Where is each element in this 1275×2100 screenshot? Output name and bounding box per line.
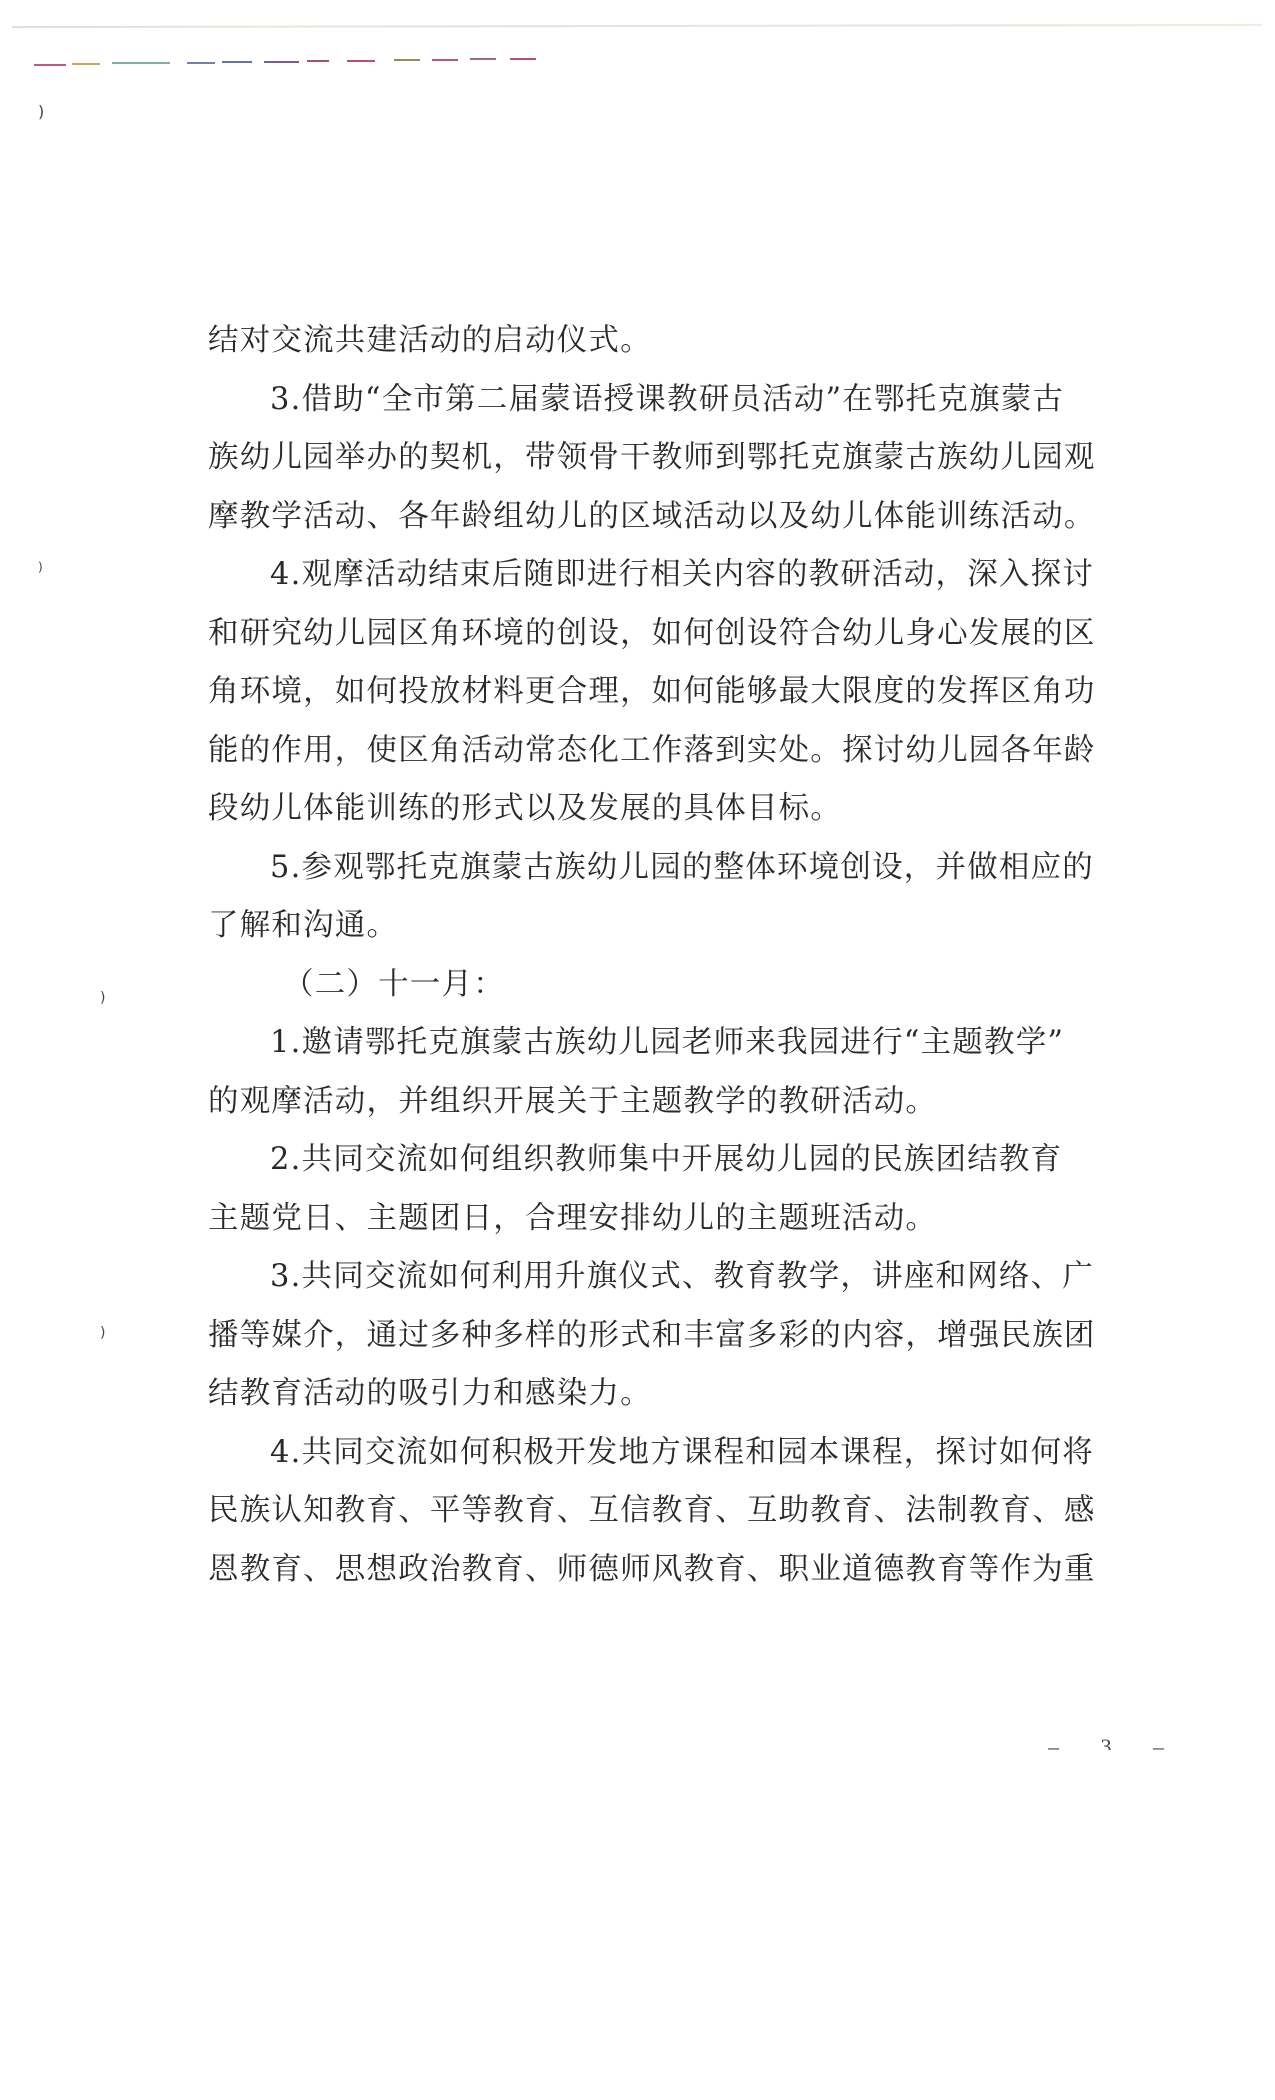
text-line: 2.共同交流如何组织教师集中开展幼儿园的民族团结教育 bbox=[208, 1131, 1143, 1190]
scan-margin-mark: ) bbox=[38, 102, 44, 121]
text-line: 了解和沟通。 bbox=[208, 897, 1143, 956]
document-body: 结对交流共建活动的启动仪式。 3.借助“全市第二届蒙语授课教研员活动”在鄂托克旗… bbox=[208, 312, 1143, 1599]
scan-dash bbox=[112, 62, 170, 64]
text-line: 恩教育、思想政治教育、师德师风教育、职业道德教育等作为重 bbox=[208, 1541, 1143, 1600]
text-line: 4.共同交流如何积极开发地方课程和园本课程，探讨如何将 bbox=[208, 1424, 1143, 1483]
text-line: 角环境，如何投放材料更合理，如何能够最大限度的发挥区角功 bbox=[208, 663, 1143, 722]
scan-dash bbox=[307, 60, 329, 62]
section-heading: （二）十一月： bbox=[208, 956, 1143, 1015]
scan-top-rule bbox=[12, 24, 1262, 28]
scan-dash bbox=[72, 63, 100, 65]
scan-dash bbox=[264, 61, 299, 63]
text-line: 和研究幼儿园区角环境的创设，如何创设符合幼儿身心发展的区 bbox=[208, 605, 1143, 664]
text-line: 4.观摩活动结束后随即进行相关内容的教研活动，深入探讨 bbox=[208, 546, 1143, 605]
scan-margin-mark: ) bbox=[38, 560, 43, 574]
text-line: 民族认知教育、平等教育、互信教育、互助教育、法制教育、感 bbox=[208, 1482, 1143, 1541]
text-line: 结教育活动的吸引力和感染力。 bbox=[208, 1365, 1143, 1424]
scan-dash bbox=[470, 58, 496, 60]
text-line: 族幼儿园举办的契机，带领骨干教师到鄂托克旗蒙古族幼儿园观 bbox=[208, 429, 1143, 488]
scan-dash bbox=[432, 59, 458, 61]
text-line: 3.共同交流如何利用升旗仪式、教育教学，讲座和网络、广 bbox=[208, 1248, 1143, 1307]
scan-dash bbox=[510, 58, 536, 60]
scan-dash bbox=[34, 64, 66, 66]
scan-artifact-dashes bbox=[12, 64, 1272, 78]
scan-margin-mark: ) bbox=[100, 990, 105, 1006]
scan-dash bbox=[187, 62, 215, 64]
text-line: 3.借助“全市第二届蒙语授课教研员活动”在鄂托克旗蒙古 bbox=[208, 371, 1143, 430]
page-number: – 3 – bbox=[1048, 1730, 1182, 1750]
scan-margin-mark: ) bbox=[100, 1325, 105, 1341]
scan-dash bbox=[347, 60, 375, 62]
text-line: 主题党日、主题团日，合理安排幼儿的主题班活动。 bbox=[208, 1190, 1143, 1249]
text-line: 1.邀请鄂托克旗蒙古族幼儿园老师来我园进行“主题教学” bbox=[208, 1014, 1143, 1073]
text-line: 摩教学活动、各年龄组幼儿的区域活动以及幼儿体能训练活动。 bbox=[208, 488, 1143, 547]
text-line: 播等媒介，通过多种多样的形式和丰富多彩的内容，增强民族团 bbox=[208, 1307, 1143, 1366]
scan-dash bbox=[222, 61, 252, 63]
text-line: 结对交流共建活动的启动仪式。 bbox=[208, 312, 1143, 371]
text-line: 5.参观鄂托克旗蒙古族幼儿园的整体环境创设，并做相应的 bbox=[208, 839, 1143, 898]
text-line: 的观摩活动，并组织开展关于主题教学的教研活动。 bbox=[208, 1073, 1143, 1132]
text-line: 段幼儿体能训练的形式以及发展的具体目标。 bbox=[208, 780, 1143, 839]
text-line: 能的作用，使区角活动常态化工作落到实处。探讨幼儿园各年龄 bbox=[208, 722, 1143, 781]
scan-dash bbox=[394, 59, 420, 61]
